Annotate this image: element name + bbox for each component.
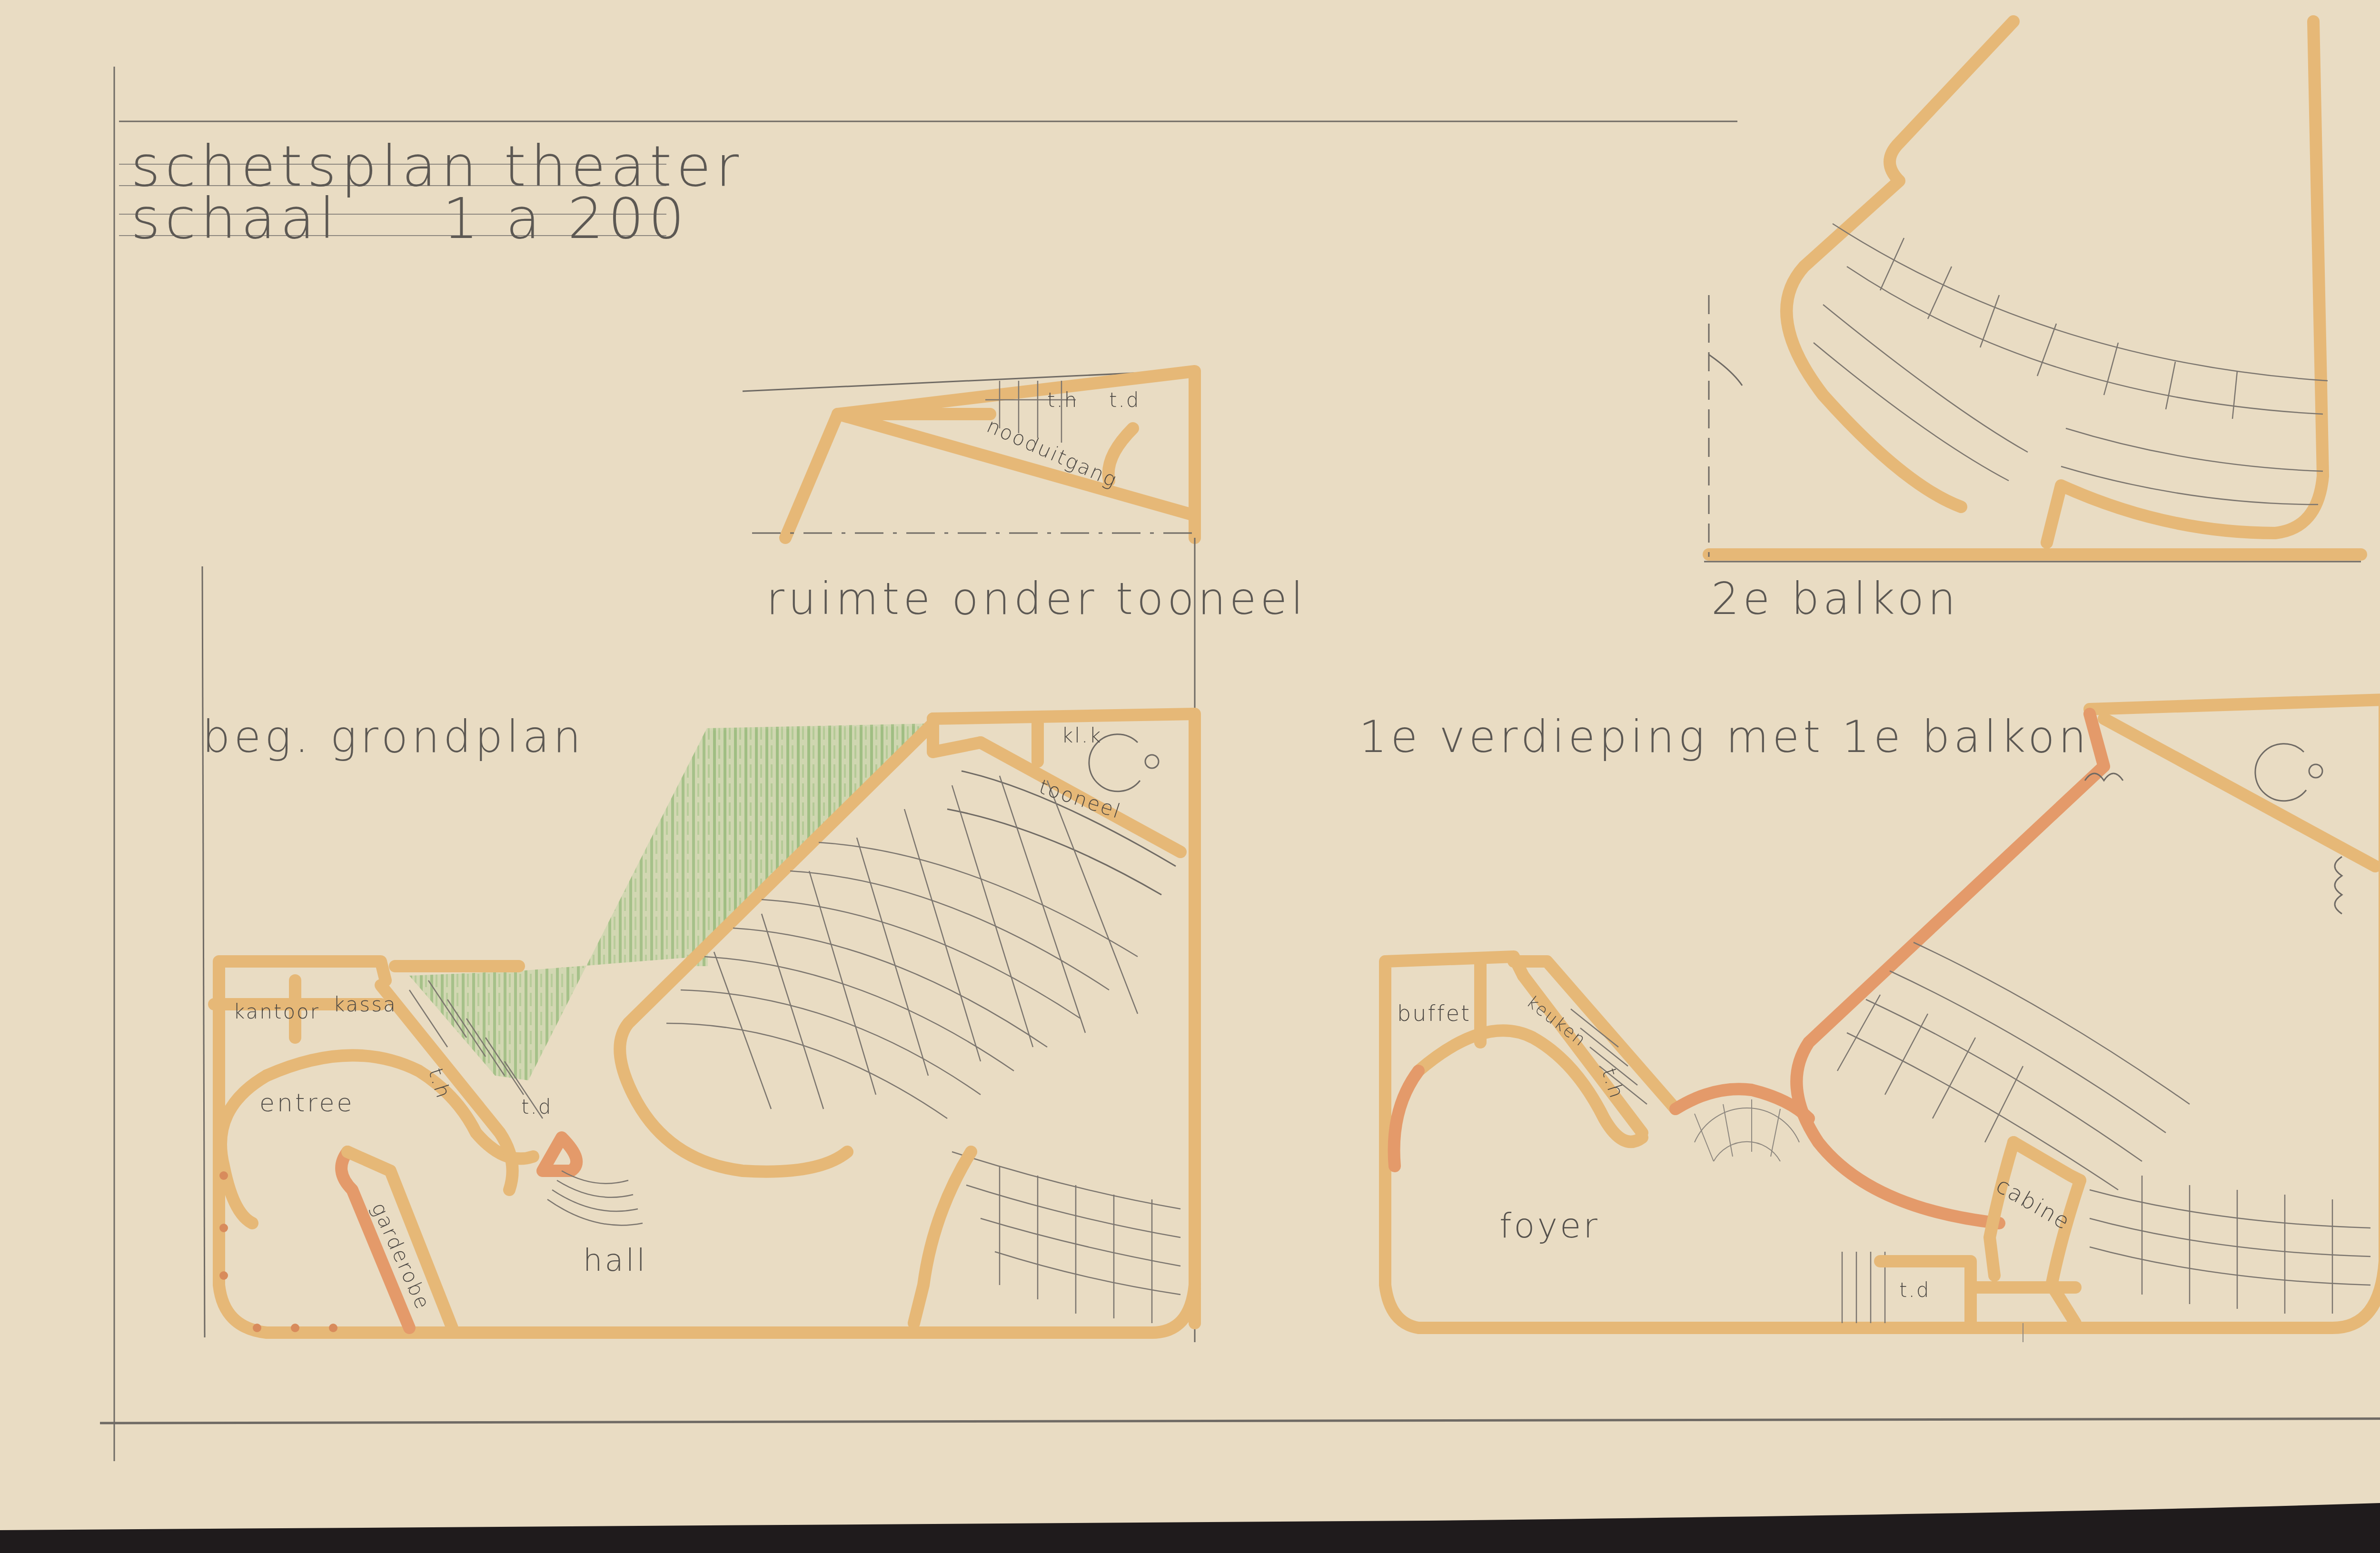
room-label-td: t.d <box>521 1095 552 1118</box>
room-label-entree: entree <box>259 1089 355 1118</box>
room-label-td: t.d <box>1899 1278 1930 1302</box>
scale-label: schaal <box>131 186 340 251</box>
room-label-buffet: buffet <box>1397 1000 1471 1026</box>
room-label-th: t.h <box>1047 388 1078 412</box>
room-label-td: t.d <box>1109 388 1140 412</box>
room-label-hall: hall <box>583 1243 647 1278</box>
room-label-foyer: foyer <box>1499 1206 1600 1246</box>
plan-title-first-floor: 1e verdieping met 1e balkon <box>1359 712 2090 762</box>
room-label-klk: kl.k <box>1061 724 1102 747</box>
room-label-kantoor: kantoor <box>233 1000 320 1023</box>
room-label-kassa: kassa <box>333 993 397 1016</box>
scale-value: 1 a 200 <box>443 186 689 251</box>
plan-title-ground-floor: beg. grondplan <box>202 712 585 762</box>
drawing-sheet: schetsplan theater schaal 1 a 200 t.h t.… <box>0 0 2380 1553</box>
plan-title-second-balcony: 2e balkon <box>1711 574 1959 624</box>
plan-title-under-stage: ruimte onder tooneel <box>766 574 1307 624</box>
